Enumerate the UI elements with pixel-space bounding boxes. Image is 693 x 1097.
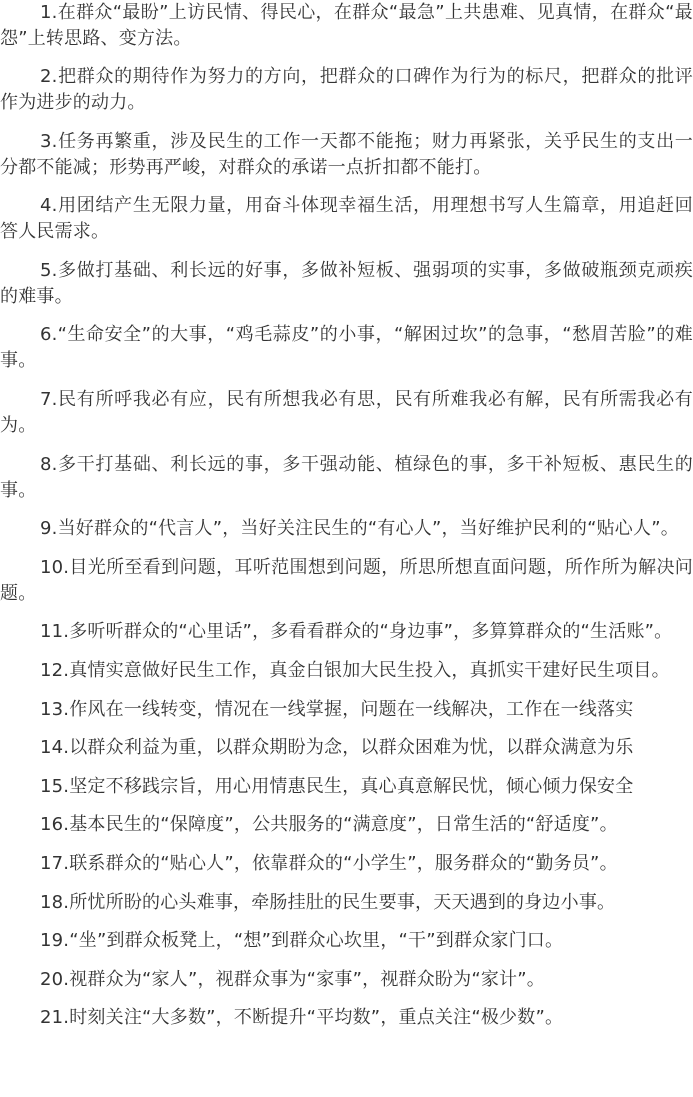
paragraph-1: 1.在群众“最盼”上访民情、得民心，在群众“最急”上共患难、见真情，在群众“最怨… <box>0 0 693 52</box>
paragraph-10: 10.目光所至看到问题，耳听范围想到问题，所思所想直面问题，所作所为解决问题。 <box>0 555 693 607</box>
paragraph-12: 12.真情实意做好民生工作，真金白银加大民生投入，真抓实干建好民生项目。 <box>0 658 693 684</box>
paragraph-15: 15.坚定不移践宗旨，用心用情惠民生，真心真意解民忧，倾心倾力保安全 <box>0 774 693 800</box>
paragraph-13: 13.作风在一线转变，情况在一线掌握，问题在一线解决，工作在一线落实 <box>0 697 693 723</box>
paragraph-11: 11.多听听群众的“心里话”，多看看群众的“身边事”，多算算群众的“生活账”。 <box>0 619 693 645</box>
paragraph-3: 3.任务再繁重，涉及民生的工作一天都不能拖；财力再紧张，关乎民生的支出一分都不能… <box>0 129 693 181</box>
paragraph-20: 20.视群众为“家人”，视群众事为“家事”，视群众盼为“家计”。 <box>0 967 693 993</box>
paragraph-18: 18.所忧所盼的心头难事，牵肠挂肚的民生要事，天天遇到的身边小事。 <box>0 890 693 916</box>
paragraph-2: 2.把群众的期待作为努力的方向，把群众的口碑作为行为的标尺，把群众的批评作为进步… <box>0 64 693 116</box>
paragraph-5: 5.多做打基础、利长远的好事，多做补短板、强弱项的实事，多做破瓶颈克顽疾的难事。 <box>0 258 693 310</box>
paragraph-21: 21.时刻关注“大多数”，不断提升“平均数”，重点关注“极少数”。 <box>0 1005 693 1031</box>
article-body: 1.在群众“最盼”上访民情、得民心，在群众“最急”上共患难、见真情，在群众“最怨… <box>0 0 693 1031</box>
paragraph-9: 9.当好群众的“代言人”，当好关注民生的“有心人”，当好维护民利的“贴心人”。 <box>0 516 693 542</box>
paragraph-6: 6.“生命安全”的大事，“鸡毛蒜皮”的小事，“解困过坎”的急事，“愁眉苦脸”的难… <box>0 322 693 374</box>
paragraph-7: 7.民有所呼我必有应，民有所想我必有思，民有所难我必有解，民有所需我必有为。 <box>0 387 693 439</box>
paragraph-17: 17.联系群众的“贴心人”，依靠群众的“小学生”，服务群众的“勤务员”。 <box>0 851 693 877</box>
paragraph-14: 14.以群众利益为重，以群众期盼为念，以群众困难为忧，以群众满意为乐 <box>0 735 693 761</box>
paragraph-16: 16.基本民生的“保障度”，公共服务的“满意度”，日常生活的“舒适度”。 <box>0 812 693 838</box>
paragraph-19: 19.“坐”到群众板凳上，“想”到群众心坎里，“干”到群众家门口。 <box>0 928 693 954</box>
paragraph-8: 8.多干打基础、利长远的事，多干强动能、植绿色的事，多干补短板、惠民生的事。 <box>0 452 693 504</box>
paragraph-4: 4.用团结产生无限力量，用奋斗体现幸福生活，用理想书写人生篇章，用追赶回答人民需… <box>0 193 693 245</box>
